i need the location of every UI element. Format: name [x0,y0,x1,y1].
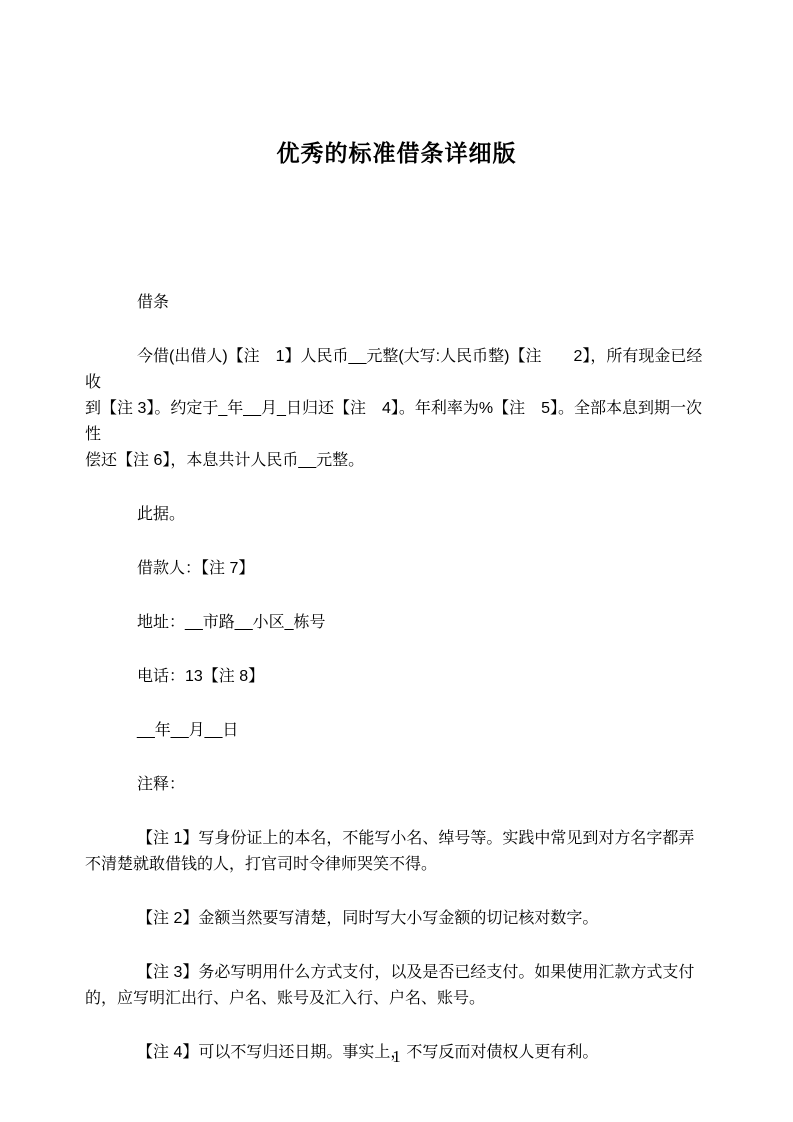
paragraph-cishou: 此据。 [85,502,715,528]
paragraph-note-3: 【注 3】务必写明用什么方式支付，以及是否已经支付。如果使用汇款方式支付 的，应… [85,960,715,1012]
page-number: 1 [0,1046,793,1068]
paragraph-phone: 电话：13【注 8】 [85,664,715,690]
paragraph-note-1: 【注 1】写身份证上的本名，不能写小名、绰号等。实践中常见到对方名字都弄 不清楚… [85,826,715,878]
paragraph-main-clause: 今借(出借人)【注 1】人民币__元整(大写:人民币整)【注 2】，所有现金已经… [85,344,715,474]
paragraph-date: __年__月__日 [85,718,715,744]
iou-heading: 借条 [85,290,715,316]
paragraph-address: 地址：__市路__小区_栋号 [85,610,715,636]
document-title: 优秀的标准借条详细版 [85,138,715,168]
paragraph-note-2: 【注 2】金额当然要写清楚，同时写大小写金额的切记核对数字。 [85,906,715,932]
paragraph-borrower: 借款人：【注 7】 [85,556,715,582]
notes-heading: 注释： [85,772,715,798]
document-page: 优秀的标准借条详细版 借条 今借(出借人)【注 1】人民币__元整(大写:人民币… [0,0,793,1122]
